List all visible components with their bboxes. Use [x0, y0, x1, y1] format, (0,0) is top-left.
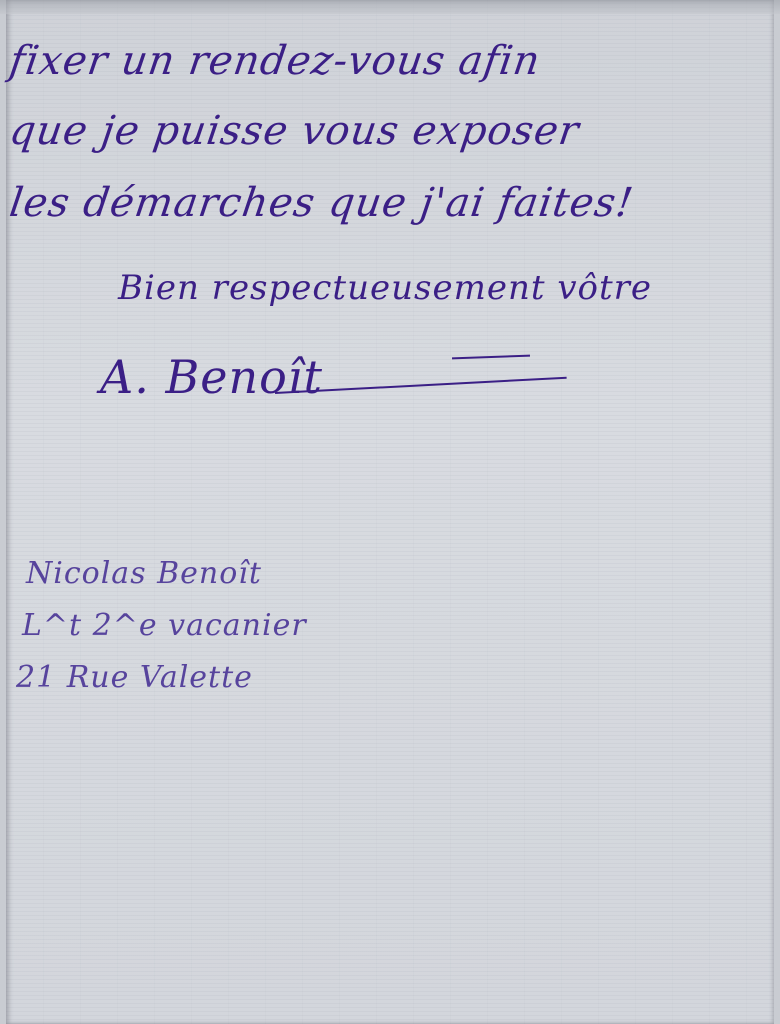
letter-closing: Bien respectueusement vôtre: [118, 268, 652, 308]
letter-body-line-3: les démarches que j'ai faites!: [7, 180, 637, 226]
letter-body-line-1: fixer un rendez-vous afin: [7, 38, 544, 84]
address-name: Nicolas Benoît: [26, 556, 262, 591]
letter-body-line-2: que je puisse vous exposer: [7, 108, 583, 154]
paper-top-edge: [0, 0, 780, 14]
faint-bleed-through: [40, 880, 740, 1020]
address-street: 21 Rue Valette: [16, 660, 253, 695]
signature: A. Benoît: [100, 350, 323, 404]
address-rank: L^t 2^e vacanier: [22, 608, 307, 643]
